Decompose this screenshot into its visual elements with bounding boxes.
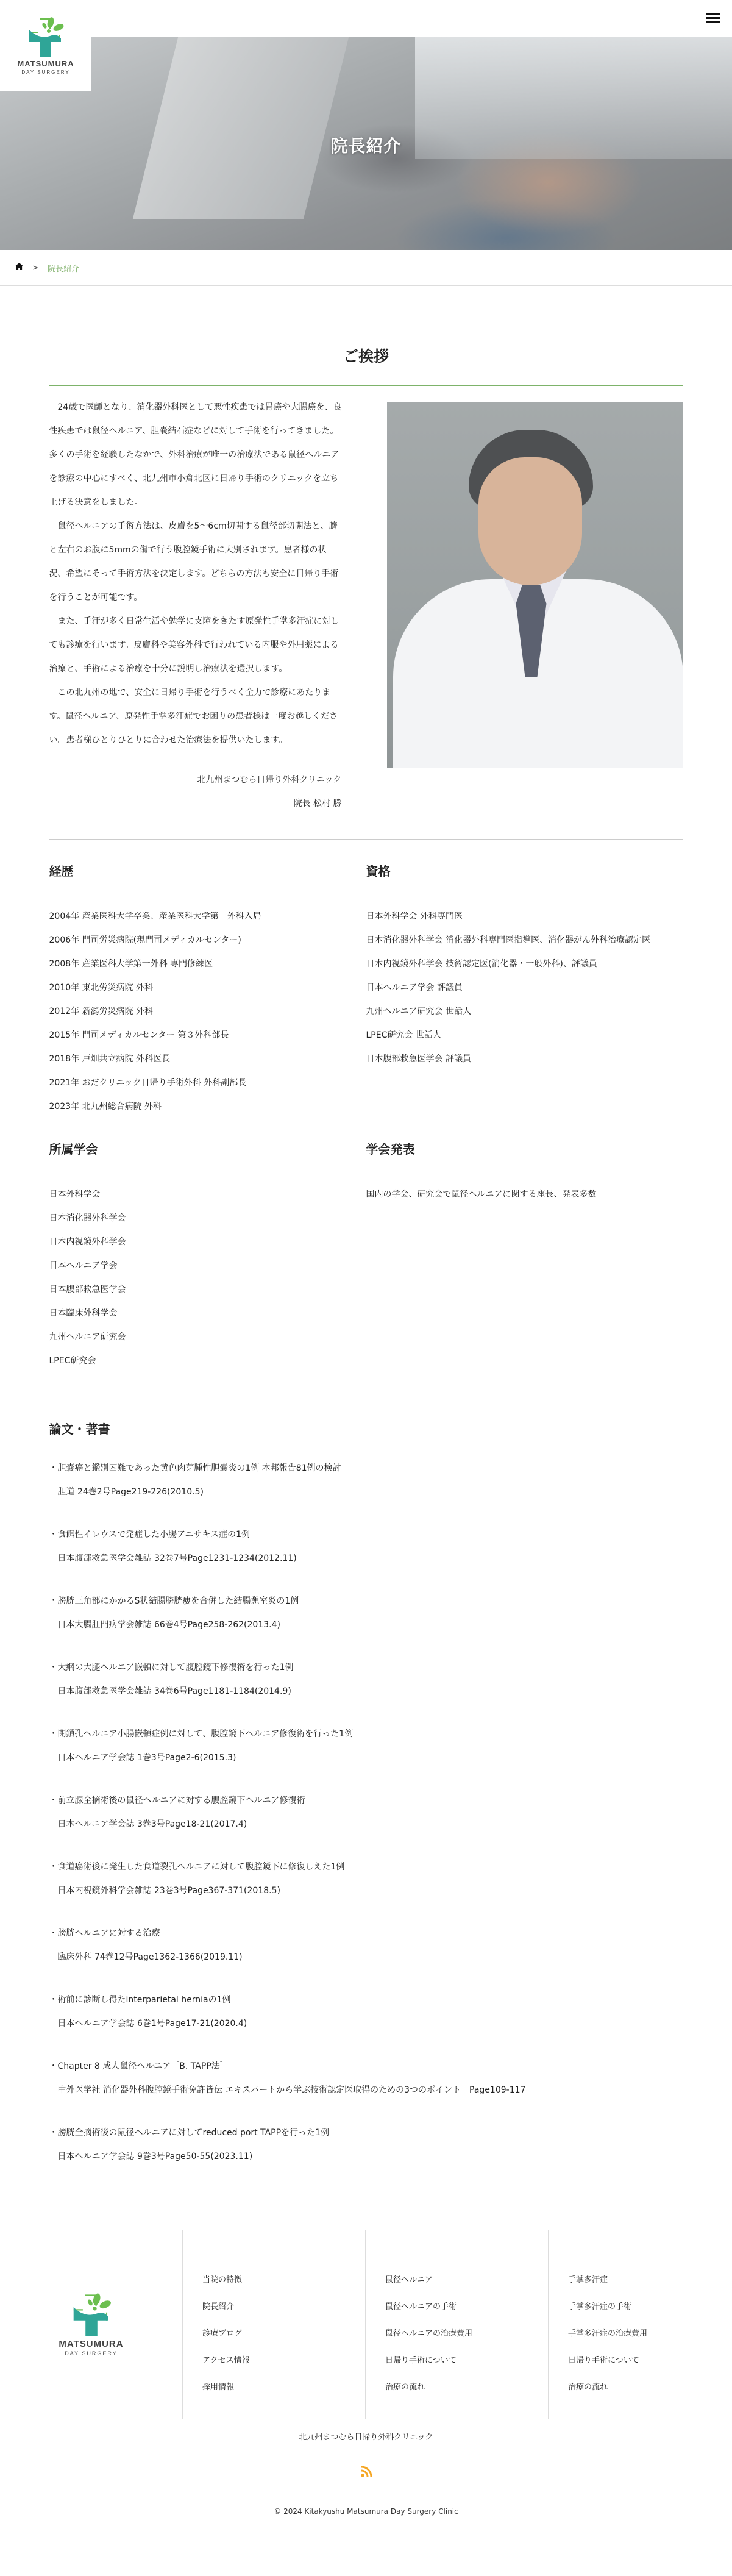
- publication-item: 術前に診断し得たinterparietal herniaの1例 日本ヘルニア学会…: [49, 1988, 683, 2036]
- qualification-item: 日本外科学会 外科専門医: [366, 905, 683, 929]
- photo-face: [478, 457, 582, 585]
- home-icon: [15, 263, 23, 270]
- career-item: 2010年 東北労災病院 外科: [49, 976, 366, 1000]
- breadcrumb-current: 院長紹介: [48, 262, 79, 274]
- greeting-paragraph: 24歳で医師となり、消化器外科医として悪性疾患では胃癌や大腸癌を、良性疾患では鼠…: [49, 396, 342, 515]
- career-item: 2012年 新潟労災病院 外科: [49, 1000, 366, 1024]
- signature-name: 院長 松村 勝: [49, 792, 342, 816]
- rss-link[interactable]: [360, 2466, 372, 2480]
- footer-link-hyperhidrosis-cost[interactable]: 手掌多汗症の治療費用: [568, 2329, 647, 2338]
- publication-item: 前立腺全摘術後の鼠径ヘルニアに対する腹腔鏡下ヘルニア修復術 日本ヘルニア学会誌 …: [49, 1789, 683, 1836]
- societies-list: 日本外科学会 日本消化器外科学会 日本内視鏡外科学会 日本ヘルニア学会 日本腹部…: [49, 1183, 366, 1373]
- greeting-text: 24歳で医師となり、消化器外科医として悪性疾患では胃癌や大腸癌を、良性疾患では鼠…: [49, 396, 342, 816]
- presentations-heading: 学会発表: [366, 1140, 683, 1157]
- society-item: 日本消化器外科学会: [49, 1207, 366, 1230]
- qualifications-heading: 資格: [366, 862, 683, 879]
- breadcrumb-separator: >: [32, 263, 38, 272]
- career-item: 2021年 おだクリニック日帰り手術外科 外科副部長: [49, 1071, 366, 1095]
- clinic-logo-icon: [68, 2292, 115, 2336]
- footer-clinic-name: 北九州まつむら日帰り外科クリニック: [0, 2419, 732, 2455]
- director-photo: [387, 402, 683, 768]
- publication-item: 膀胱全摘術後の鼠径ヘルニアに対してreduced port TAPPを行った1例…: [49, 2121, 683, 2169]
- publication-source: 臨床外科 74巻12号Page1362-1366(2019.11): [49, 1946, 683, 1969]
- qualification-item: 日本ヘルニア学会 評議員: [366, 976, 683, 1000]
- publication-item: 閉鎖孔ヘルニア小腸嵌頓症例に対して、腹腔鏡下ヘルニア修復術を行った1例 日本ヘル…: [49, 1722, 683, 1770]
- clinic-logo-icon: [24, 16, 67, 57]
- footer-logo-text-primary: MATSUMURA: [59, 2339, 123, 2349]
- publication-title: 閉鎖孔ヘルニア小腸嵌頓症例に対して、腹腔鏡下ヘルニア修復術を行った1例: [49, 1729, 354, 1739]
- qualifications-list: 日本外科学会 外科専門医 日本消化器外科学会 消化器外科専門医指導医、消化器がん…: [366, 905, 683, 1071]
- career-item: 2018年 戸畑共立病院 外科医長: [49, 1047, 366, 1071]
- greeting-paragraph: この北九州の地で、安全に日帰り手術を行うべく全力で診療にあたります。鼠径ヘルニア…: [49, 681, 342, 752]
- qualification-item: LPEC研究会 世話人: [366, 1024, 683, 1047]
- career-section: 経歴 2004年 産業医科大学卒業、産業医科大学第一外科入局 2006年 門司労…: [49, 862, 366, 1119]
- footer-link-hernia-cost[interactable]: 鼠径ヘルニアの治療費用: [385, 2329, 472, 2338]
- qualifications-section: 資格 日本外科学会 外科専門医 日本消化器外科学会 消化器外科専門医指導医、消化…: [366, 862, 683, 1119]
- breadcrumb-home-link[interactable]: [15, 263, 32, 273]
- publication-item: 食餌性イレウスで発症した小腸アニサキス症の1例 日本腹部救急医学会雑誌 32巻7…: [49, 1523, 683, 1571]
- career-item: 2004年 産業医科大学卒業、産業医科大学第一外科入局: [49, 905, 366, 929]
- qualification-item: 日本内視鏡外科学会 技術認定医(消化器・一般外科)、評議員: [366, 952, 683, 976]
- hamburger-bar: [706, 17, 720, 19]
- publication-source: 日本大腸肛門病学会雑誌 66巻4号Page258-262(2013.4): [49, 1613, 683, 1637]
- qualification-item: 日本腹部救急医学会 評議員: [366, 1047, 683, 1071]
- footer-link-director[interactable]: 院長紹介: [202, 2302, 234, 2311]
- presentations-list: 国内の学会、研究会で鼠径ヘルニアに関する座長、発表多数: [366, 1183, 683, 1207]
- publication-title: 大網の大腿ヘルニア嵌頓に対して腹腔鏡下修復術を行った1例: [49, 1663, 294, 1672]
- publication-source: 日本ヘルニア学会誌 9巻3号Page50-55(2023.11): [49, 2145, 683, 2169]
- breadcrumb: > 院長紹介: [0, 250, 732, 286]
- societies-section: 所属学会 日本外科学会 日本消化器外科学会 日本内視鏡外科学会 日本ヘルニア学会…: [49, 1140, 366, 1373]
- footer-link-hernia-daysurgery[interactable]: 日帰り手術について: [385, 2356, 457, 2365]
- logo-text-primary: MATSUMURA: [17, 59, 74, 68]
- publications-heading: 論文・著書: [49, 1419, 683, 1437]
- hero-banner: 院長紹介: [0, 37, 732, 250]
- publication-item: 大網の大腿ヘルニア嵌頓に対して腹腔鏡下修復術を行った1例 日本腹部救急医学会雑誌…: [49, 1656, 683, 1704]
- publication-item: 食道癌術後に発生した食道裂孔ヘルニアに対して腹腔鏡下に修復しえた1例 日本内視鏡…: [49, 1855, 683, 1903]
- rss-icon: [360, 2466, 372, 2478]
- publication-item: 膀胱ヘルニアに対する治療 臨床外科 74巻12号Page1362-1366(20…: [49, 1922, 683, 1969]
- site-footer: MATSUMURA DAY SURGERY 当院の特徴 院長紹介 診療ブログ ア…: [0, 2230, 732, 2531]
- career-item: 2006年 門司労災病院(現門司メディカルセンター): [49, 929, 366, 952]
- signature-clinic: 北九州まつむら日帰り外科クリニック: [49, 768, 342, 792]
- footer-link-blog[interactable]: 診療ブログ: [202, 2329, 242, 2338]
- greeting-paragraph: また、手汗が多く日常生活や勉学に支障をきたす原発性手掌多汗症に対しても診療を行い…: [49, 610, 342, 681]
- profile-info: 経歴 2004年 産業医科大学卒業、産業医科大学第一外科入局 2006年 門司労…: [49, 862, 683, 1394]
- publication-source: 日本腹部救急医学会雑誌 32巻7号Page1231-1234(2012.11): [49, 1547, 683, 1571]
- publication-item: 膀胱三角部にかかるS状結腸膀胱瘻を合併した結腸憩室炎の1例 日本大腸肛門病学会雑…: [49, 1589, 683, 1637]
- publication-item: Chapter 8 成人鼠径ヘルニア［B. TAPP法］ 中外医学社 消化器外科…: [49, 2055, 683, 2102]
- publication-source: 日本腹部救急医学会雑誌 34巻6号Page1181-1184(2014.9): [49, 1680, 683, 1704]
- hamburger-bar: [706, 13, 720, 15]
- career-list: 2004年 産業医科大学卒業、産業医科大学第一外科入局 2006年 門司労災病院…: [49, 905, 366, 1119]
- footer-link-hyperhidrosis[interactable]: 手掌多汗症: [568, 2275, 608, 2285]
- signature: 北九州まつむら日帰り外科クリニック 院長 松村 勝: [49, 768, 342, 816]
- site-header: MATSUMURA DAY SURGERY: [0, 0, 732, 37]
- publication-title: 前立腺全摘術後の鼠径ヘルニアに対する腹腔鏡下ヘルニア修復術: [49, 1796, 305, 1805]
- copyright: © 2024 Kitakyushu Matsumura Day Surgery …: [0, 2491, 732, 2531]
- career-item: 2008年 産業医科大学第一外科 専門修練医: [49, 952, 366, 976]
- societies-heading: 所属学会: [49, 1140, 366, 1157]
- site-logo[interactable]: MATSUMURA DAY SURGERY: [0, 0, 91, 91]
- footer-link-features[interactable]: 当院の特徴: [202, 2275, 242, 2285]
- greeting-title: ご挨拶: [49, 286, 683, 385]
- footer-link-access[interactable]: アクセス情報: [202, 2356, 250, 2365]
- publication-title: Chapter 8 成人鼠径ヘルニア［B. TAPP法］: [49, 2061, 229, 2071]
- publication-title: 膀胱三角部にかかるS状結腸膀胱瘻を合併した結腸憩室炎の1例: [49, 1596, 299, 1606]
- publication-title: 術前に診断し得たinterparietal herniaの1例: [49, 1995, 231, 2005]
- footer-link-hyperhidrosis-surgery[interactable]: 手掌多汗症の手術: [568, 2302, 631, 2311]
- greeting-paragraph: 鼠径ヘルニアの手術方法は、皮膚を5～6cm切開する鼠径部切開法と、臍と左右のお腹…: [49, 515, 342, 610]
- footer-nav-hyperhidrosis: 手掌多汗症 手掌多汗症の手術 手掌多汗症の治療費用 日帰り手術について 治療の流…: [549, 2230, 732, 2419]
- publication-item: 胆嚢癌と鑑別困難であった黄色肉芽腫性胆嚢炎の1例 本邦報告81例の検討 胆道 2…: [49, 1457, 683, 1504]
- footer-link-hernia-flow[interactable]: 治療の流れ: [385, 2383, 425, 2392]
- footer-logo[interactable]: MATSUMURA DAY SURGERY: [0, 2230, 183, 2419]
- footer-rss-row: [0, 2455, 732, 2491]
- main-content: ご挨拶 24歳で医師となり、消化器外科医として悪性疾患では胃癌や大腸癌を、良性疾…: [49, 286, 683, 2169]
- publication-title: 食道癌術後に発生した食道裂孔ヘルニアに対して腹腔鏡下に修復しえた1例: [49, 1862, 345, 1872]
- society-item: 日本外科学会: [49, 1183, 366, 1207]
- footer-nav-area: MATSUMURA DAY SURGERY 当院の特徴 院長紹介 診療ブログ ア…: [0, 2230, 732, 2419]
- hero-image-laptop: [133, 37, 349, 219]
- publication-title: 胆嚢癌と鑑別困難であった黄色肉芽腫性胆嚢炎の1例 本邦報告81例の検討: [49, 1463, 341, 1473]
- career-item: 2015年 門司メディカルセンター 第３外科部長: [49, 1024, 366, 1047]
- title-underline: [49, 385, 683, 386]
- hamburger-bar: [706, 21, 720, 23]
- society-item: 日本腹部救急医学会: [49, 1278, 366, 1302]
- society-item: 日本ヘルニア学会: [49, 1254, 366, 1278]
- publication-source: 胆道 24巻2号Page219-226(2010.5): [49, 1480, 683, 1504]
- society-item: 日本内視鏡外科学会: [49, 1230, 366, 1254]
- logo-text-secondary: DAY SURGERY: [21, 70, 69, 75]
- publication-source: 日本ヘルニア学会誌 1巻3号Page2-6(2015.3): [49, 1746, 683, 1770]
- greeting-section: 24歳で医師となり、消化器外科医として悪性疾患では胃癌や大腸癌を、良性疾患では鼠…: [49, 396, 683, 816]
- footer-link-hernia[interactable]: 鼠径ヘルニア: [385, 2275, 433, 2285]
- hamburger-icon[interactable]: [706, 13, 720, 24]
- presentation-item: 国内の学会、研究会で鼠径ヘルニアに関する座長、発表多数: [366, 1183, 683, 1207]
- footer-logo-text-secondary: DAY SURGERY: [65, 2350, 118, 2357]
- publication-source: 日本ヘルニア学会誌 3巻3号Page18-21(2017.4): [49, 1813, 683, 1836]
- presentations-section: 学会発表 国内の学会、研究会で鼠径ヘルニアに関する座長、発表多数: [366, 1140, 683, 1373]
- footer-nav-hernia: 鼠径ヘルニア 鼠径ヘルニアの手術 鼠径ヘルニアの治療費用 日帰り手術について 治…: [366, 2230, 549, 2419]
- footer-link-hyperhidrosis-daysurgery[interactable]: 日帰り手術について: [568, 2356, 639, 2365]
- footer-link-hernia-surgery[interactable]: 鼠径ヘルニアの手術: [385, 2302, 457, 2311]
- footer-link-recruit[interactable]: 採用情報: [202, 2383, 234, 2392]
- career-item: 2023年 北九州総合病院 外科: [49, 1095, 366, 1119]
- publication-title: 膀胱ヘルニアに対する治療: [49, 1928, 160, 1938]
- publication-source: 日本ヘルニア学会誌 6巻1号Page17-21(2020.4): [49, 2012, 683, 2036]
- publication-source: 中外医学社 消化器外科腹腔鏡手術免許皆伝 エキスパートから学ぶ技術認定医取得のた…: [49, 2078, 683, 2102]
- qualification-item: 九州ヘルニア研究会 世話人: [366, 1000, 683, 1024]
- publication-title: 膀胱全摘術後の鼠径ヘルニアに対してreduced port TAPPを行った1例: [49, 2128, 329, 2138]
- publication-title: 食餌性イレウスで発症した小腸アニサキス症の1例: [49, 1530, 251, 1540]
- society-item: 九州ヘルニア研究会: [49, 1325, 366, 1349]
- career-heading: 経歴: [49, 862, 366, 879]
- qualification-item: 日本消化器外科学会 消化器外科専門医指導医、消化器がん外科治療認定医: [366, 929, 683, 952]
- footer-nav-general: 当院の特徴 院長紹介 診療ブログ アクセス情報 採用情報: [183, 2230, 366, 2419]
- page-title: 院長紹介: [0, 133, 732, 157]
- publications-section: 論文・著書 胆嚢癌と鑑別困難であった黄色肉芽腫性胆嚢炎の1例 本邦報告81例の検…: [49, 1419, 683, 2169]
- society-item: LPEC研究会: [49, 1349, 366, 1373]
- publication-source: 日本内視鏡外科学会雑誌 23巻3号Page367-371(2018.5): [49, 1879, 683, 1903]
- society-item: 日本臨床外科学会: [49, 1302, 366, 1325]
- footer-link-hyperhidrosis-flow[interactable]: 治療の流れ: [568, 2383, 608, 2392]
- section-divider: [49, 839, 683, 840]
